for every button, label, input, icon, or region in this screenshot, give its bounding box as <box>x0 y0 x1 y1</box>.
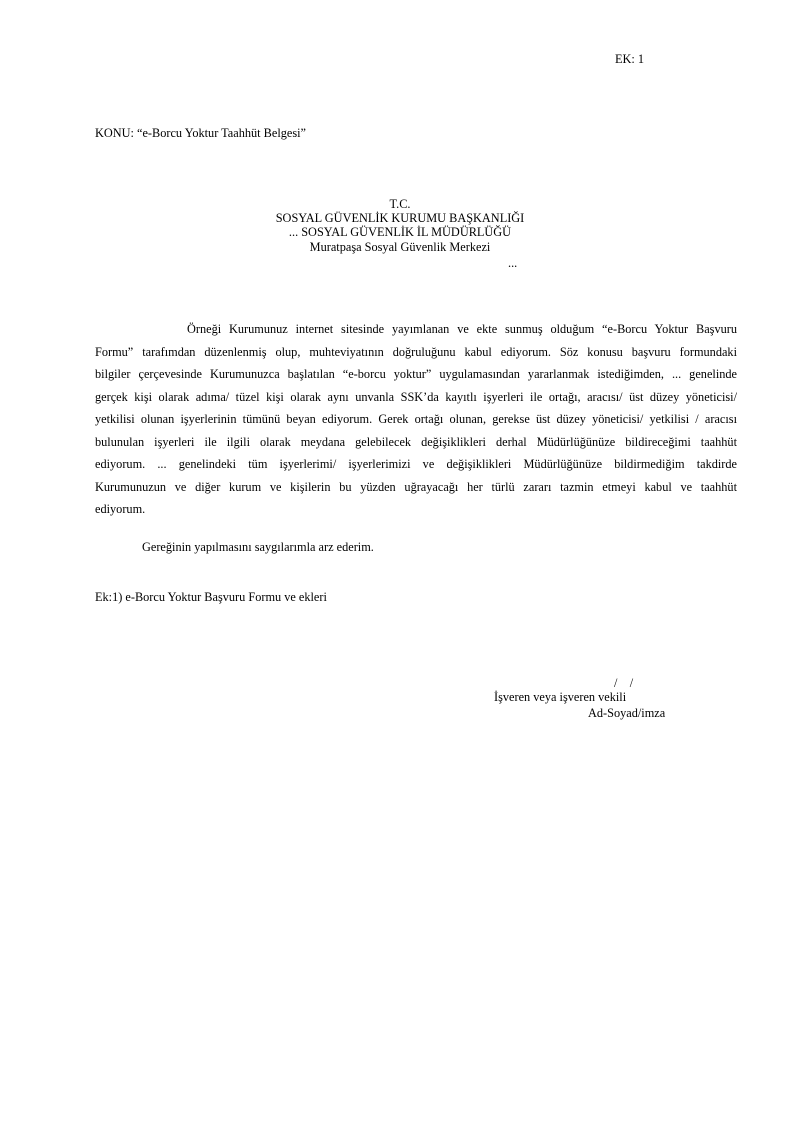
body-line: Formu” tarafımdan düzenlenmiş olup, muht… <box>95 341 737 364</box>
attachment-line: Ek:1) e-Borcu Yoktur Başvuru Formu ve ek… <box>95 590 327 605</box>
body-line: Örneği Kurumunuz internet sitesinde yayı… <box>95 318 737 341</box>
subject-line: KONU: “e-Borcu Yoktur Taahhüt Belgesi” <box>95 126 306 141</box>
signer-role: İşveren veya işveren vekili <box>494 690 626 705</box>
recipient-center: Muratpaşa Sosyal Güvenlik Merkezi <box>200 240 600 255</box>
body-line: bulunulan işyerleri ile ilgili olarak me… <box>95 431 737 454</box>
body-line: bilgiler çerçevesinde Kurumunuzca başlat… <box>95 363 737 386</box>
recipient-institution: SOSYAL GÜVENLİK KURUMU BAŞKANLIĞI <box>200 211 600 226</box>
closing-line: Gereğinin yapılmasını saygılarımla arz e… <box>142 540 374 555</box>
body-line: gerçek kişi olarak adıma/ tüzel kişi ola… <box>95 386 737 409</box>
signature-label: Ad-Soyad/imza <box>588 706 665 721</box>
annex-label: EK: 1 <box>615 52 644 67</box>
recipient-country: T.C. <box>200 197 600 212</box>
body-line: yetkilisi olunan işyerlerinin tümünü bey… <box>95 408 737 431</box>
body-line: ediyorum. ... genelindeki tüm işyerlerim… <box>95 453 737 476</box>
body-line: ediyorum. <box>95 498 737 521</box>
date-placeholder: / / <box>614 676 633 691</box>
body-line: Kurumunuzun ve diğer kurum ve kişilerin … <box>95 476 737 499</box>
recipient-city-placeholder: ... <box>508 256 517 271</box>
recipient-directorate: ... SOSYAL GÜVENLİK İL MÜDÜRLÜĞÜ <box>200 225 600 240</box>
body-paragraph: Örneği Kurumunuz internet sitesinde yayı… <box>95 318 737 521</box>
